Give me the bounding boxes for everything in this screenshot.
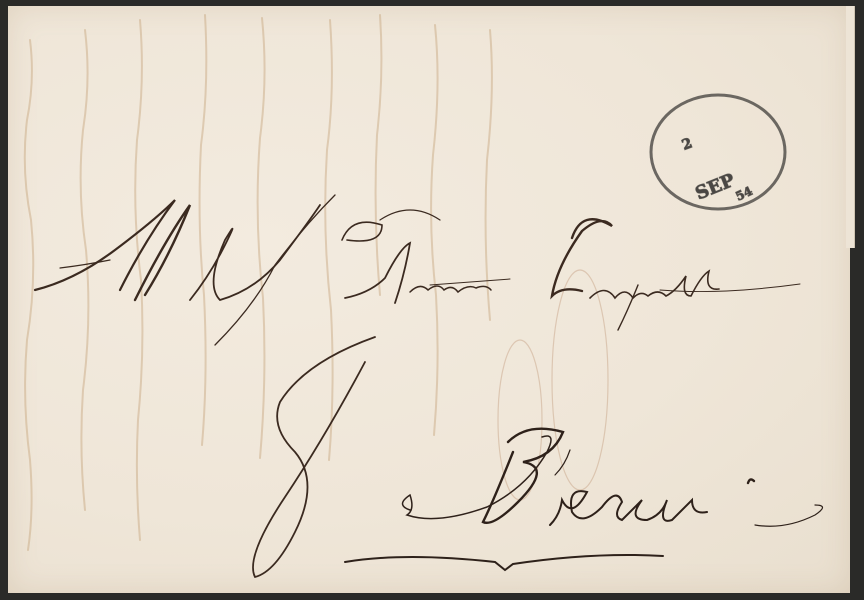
rate-marking-8: [253, 337, 375, 577]
svg-text:2: 2: [680, 135, 695, 153]
svg-text:SEP: SEP: [693, 170, 739, 205]
handwriting-layer: 2 SEP 54: [0, 0, 864, 600]
address-handwriting: [35, 195, 800, 345]
postmark-stamp: 2 SEP 54: [651, 95, 785, 209]
destination-handwriting: [345, 429, 823, 570]
bleed-through-script: [25, 15, 492, 550]
